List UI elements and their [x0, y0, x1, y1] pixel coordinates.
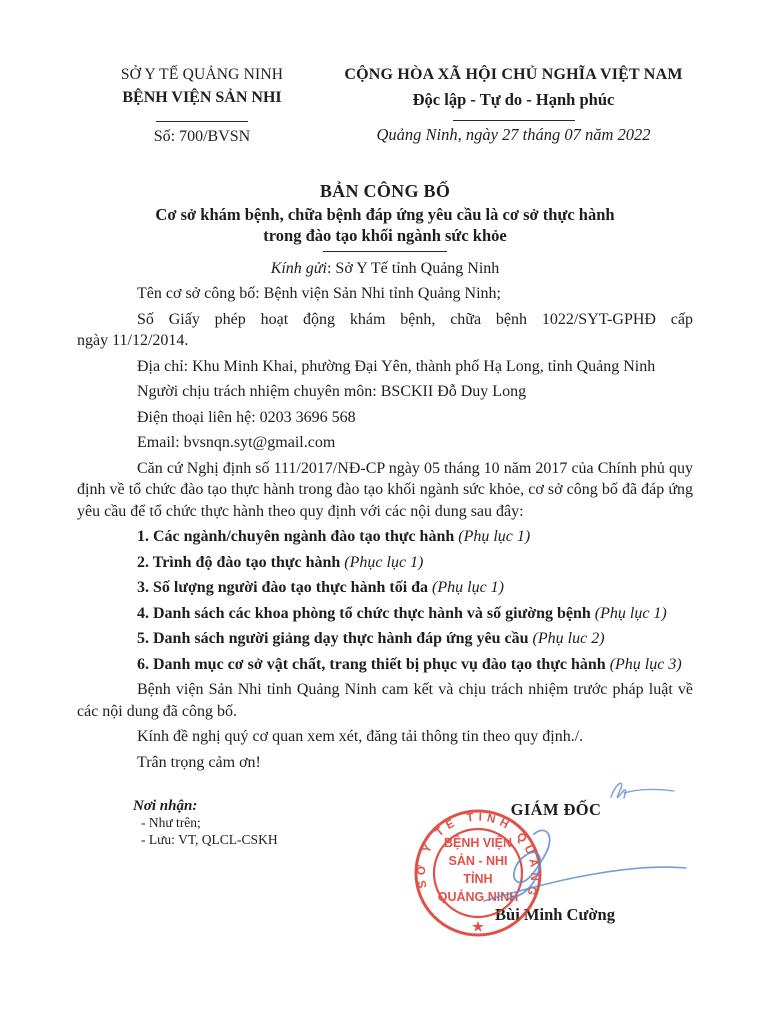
recipients-heading: Nơi nhận: [133, 798, 278, 815]
document-number: Số: 700/BVSN [77, 128, 327, 146]
document-subtitle-line1: Cơ sở khám bệnh, chữa bệnh đáp ứng yêu c… [77, 204, 693, 225]
license-line-1: Số Giấy phép hoạt động khám bệnh, chữa b… [77, 309, 693, 331]
responsible-person-line: Người chịu trách nhiệm chuyên môn: BSCKI… [77, 381, 693, 403]
list-item-text: 6. Danh mục cơ sở vật chất, trang thiết … [137, 656, 610, 673]
salutation-recipient: : Sở Y Tế tỉnh Quảng Ninh [327, 260, 499, 277]
document-title: BẢN CÔNG BỐ [77, 181, 693, 202]
thanks-line: Trân trọng cảm ơn! [77, 752, 693, 774]
title-underline [323, 251, 447, 252]
email-line: Email: bvsnqn.syt@gmail.com [77, 432, 693, 454]
list-item: 4. Danh sách các khoa phòng tổ chức thực… [77, 603, 693, 625]
list-item: 2. Trình độ đào tạo thực hành (Phục lục … [77, 552, 693, 574]
list-item-appendix: (Phụ lục 1) [595, 605, 667, 622]
legal-basis-paragraph: Căn cứ Nghị định số 111/2017/NĐ-CP ngày … [77, 458, 693, 523]
list-item-appendix: (Phụ lục 3) [610, 656, 682, 673]
national-name: CỘNG HÒA XÃ HỘI CHỦ NGHĨA VIỆT NAM [327, 66, 700, 84]
document-page: SỞ Y TẾ QUẢNG NINH BỆNH VIỆN SẢN NHI Số:… [0, 0, 770, 1024]
place-and-date: Quảng Ninh, ngày 27 tháng 07 năm 2022 [327, 125, 700, 145]
initial-squiggle [611, 783, 626, 798]
recipient-item: - Như trên; [133, 815, 278, 832]
request-paragraph: Kính đề nghị quý cơ quan xem xét, đăng t… [77, 726, 693, 748]
national-motto: Độc lập - Tự do - Hạnh phúc [327, 90, 700, 110]
national-motto-block: CỘNG HÒA XÃ HỘI CHỦ NGHĨA VIỆT NAM Độc l… [327, 66, 700, 146]
salutation: Kính gửi: Sở Y Tế tỉnh Quảng Ninh [77, 260, 693, 278]
list-item: 5. Danh sách người giảng dạy thực hành đ… [77, 628, 693, 650]
list-item-text: 2. Trình độ đào tạo thực hành [137, 554, 344, 571]
initial-underline [624, 789, 674, 793]
signature-ink [478, 826, 693, 921]
hospital-name: BỆNH VIỆN SẢN NHI [77, 89, 327, 107]
address-line: Địa chỉ: Khu Minh Khai, phường Đại Yên, … [77, 356, 693, 378]
list-item: 1. Các ngành/chuyên ngành đào tạo thực h… [77, 526, 693, 548]
list-item-appendix: (Phục lục 1) [344, 554, 423, 571]
list-item-text: 5. Danh sách người giảng dạy thực hành đ… [137, 630, 533, 647]
initial-mark-ink [597, 778, 679, 804]
salutation-label: Kính gửi [271, 260, 327, 277]
list-item-text: 3. Số lượng người đào tạo thực hành tối … [137, 579, 432, 596]
list-item: 6. Danh mục cơ sở vật chất, trang thiết … [77, 654, 693, 676]
license-line-2: ngày 11/12/2014. [77, 330, 693, 352]
list-item-text: 1. Các ngành/chuyên ngành đào tạo thực h… [137, 528, 458, 545]
document-body: Tên cơ sở công bố: Bệnh viện Sản Nhi tỉn… [77, 283, 693, 777]
title-block: BẢN CÔNG BỐ Cơ sở khám bệnh, chữa bệnh đ… [77, 181, 693, 252]
commitment-paragraph: Bệnh viện Sản Nhi tỉnh Quảng Ninh cam kế… [77, 679, 693, 722]
document-header: SỞ Y TẾ QUẢNG NINH BỆNH VIỆN SẢN NHI Số:… [77, 66, 700, 146]
stamp-star-icon: ★ [472, 919, 484, 934]
facility-name-line: Tên cơ sở công bố: Bệnh viện Sản Nhi tỉn… [77, 283, 693, 305]
document-subtitle-line2: trong đào tạo khối ngành sức khỏe [77, 225, 693, 246]
parent-org-name: SỞ Y TẾ QUẢNG NINH [77, 66, 327, 84]
list-item-appendix: (Phụ lục 1) [458, 528, 530, 545]
list-item: 3. Số lượng người đào tạo thực hành tối … [77, 577, 693, 599]
issuing-org-block: SỞ Y TẾ QUẢNG NINH BỆNH VIỆN SẢN NHI Số:… [77, 66, 327, 146]
org-divider-line [156, 121, 248, 122]
list-item-appendix: (Phụ lục 1) [432, 579, 504, 596]
list-item-appendix: (Phụ luc 2) [533, 630, 605, 647]
motto-divider-line [453, 120, 575, 121]
recipients-block: Nơi nhận: - Như trên; - Lưu: VT, QLCL-CS… [133, 798, 278, 848]
phone-line: Điện thoại liên hệ: 0203 3696 568 [77, 407, 693, 429]
recipient-item: - Lưu: VT, QLCL-CSKH [133, 832, 278, 849]
list-item-text: 4. Danh sách các khoa phòng tổ chức thực… [137, 605, 595, 622]
